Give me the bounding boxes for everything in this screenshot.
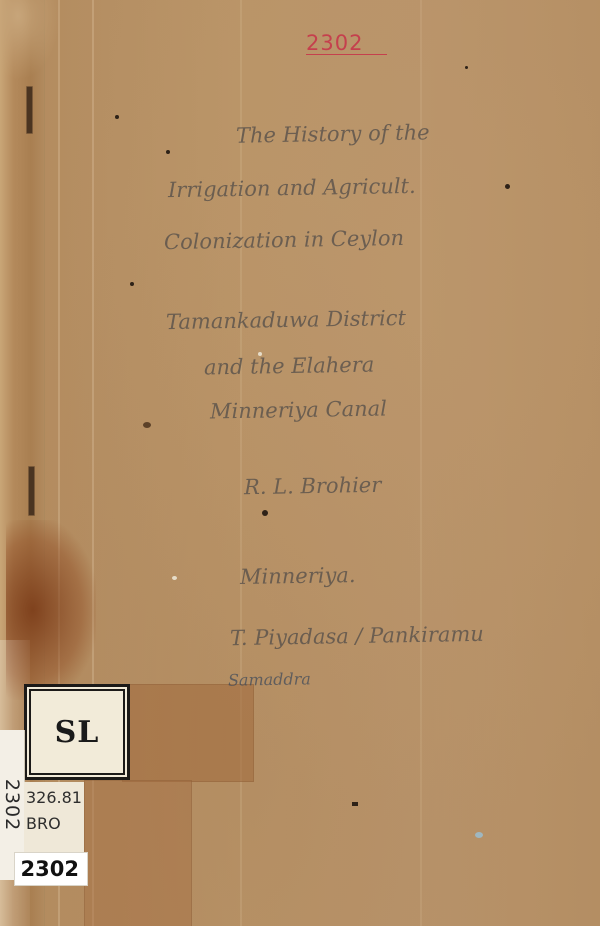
speck <box>262 510 268 516</box>
speck <box>505 184 510 189</box>
speck <box>258 352 262 356</box>
title-line: and the Elahera <box>204 353 375 380</box>
accession-label: 2302 <box>14 852 88 886</box>
speck <box>352 802 358 806</box>
speck <box>475 832 483 838</box>
call-number-label: 326.81 BRO <box>24 782 84 852</box>
tape-patch <box>122 684 254 782</box>
note-line: Minneriya. <box>240 563 356 589</box>
speck <box>166 150 170 154</box>
frayed-edge <box>0 0 60 80</box>
author-line: R. L. Brohier <box>244 473 382 499</box>
speck <box>115 115 119 119</box>
spine-number: 2302 <box>1 779 23 831</box>
title-line: Colonization in Ceylon <box>164 226 404 254</box>
speck <box>143 422 151 428</box>
tape-patch <box>84 780 192 926</box>
library-stamp-label: SL <box>24 684 130 780</box>
accession-number: 2302 <box>306 32 387 55</box>
call-number-class: 326.81 <box>26 782 84 808</box>
speck <box>130 282 134 286</box>
note-line: Samaddra <box>228 669 311 689</box>
title-line: Tamankaduwa District <box>166 306 406 334</box>
book-cover: 2302 The History of the Irrigation and A… <box>0 0 600 926</box>
staple-icon <box>28 466 35 516</box>
library-stamp-text: SL <box>55 715 100 750</box>
speck <box>465 66 468 69</box>
call-number-author: BRO <box>26 808 84 834</box>
title-line: Minneriya Canal <box>210 396 387 423</box>
title-line: Irrigation and Agricult. <box>168 174 416 202</box>
speck <box>172 576 177 580</box>
title-line: The History of the <box>236 120 430 147</box>
staple-icon <box>26 86 33 134</box>
note-line: T. Piyadasa / Pankiramu <box>230 622 484 650</box>
